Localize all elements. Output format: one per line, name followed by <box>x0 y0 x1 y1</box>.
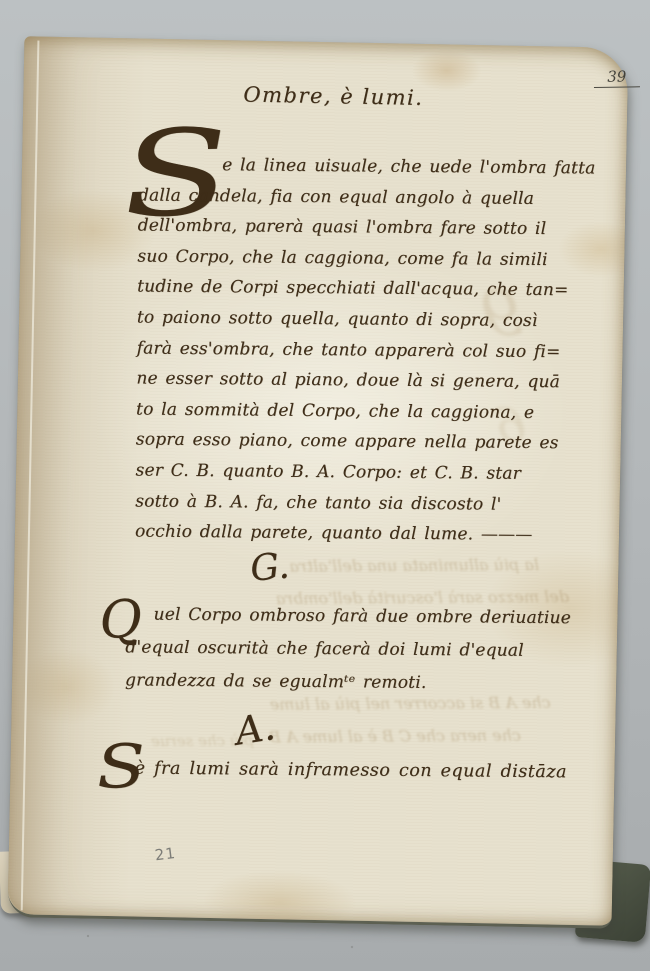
manuscript-line: d'equal oscurità che facerà doi lumi d'e… <box>125 631 605 668</box>
section-marker-a: A. <box>232 704 278 754</box>
manuscript-line: dell'ombra, parerà quasi l'ombra fare so… <box>138 211 616 246</box>
manuscript-line: to paiono sotto quella, quanto di sopra,… <box>137 302 615 337</box>
paragraph-1: e la linea uisuale, che uede l'ombra fat… <box>135 149 616 551</box>
bleedthrough-text: la più alluminata una dell'altra <box>289 555 539 576</box>
paragraph-2: uel Corpo ombroso farà due ombre deriuat… <box>125 598 606 701</box>
manuscript-line: to la sommità del Corpo, che la caggiona… <box>136 394 614 429</box>
manuscript-line: grandezza da se egualmᵗᵉ remoti. <box>125 664 605 701</box>
pencil-number: 21 <box>154 844 177 864</box>
manuscript-line: farà ess'ombra, che tanto apparerà col s… <box>136 333 614 368</box>
folio-number: 39 <box>594 67 640 88</box>
manuscript-line: occhio dalla parete, quanto dal lume. ——… <box>135 517 613 552</box>
manuscript-line: sotto à B. A. fa, che tanto sia discosto… <box>135 486 613 521</box>
manuscript-line: tudine de Corpi specchiati dall'acqua, c… <box>137 272 615 307</box>
manuscript-line: suo Corpo, che la caggiona, come fa la s… <box>137 241 615 276</box>
manuscript-line: uel Corpo ombroso farà due ombre deriuat… <box>125 598 605 635</box>
manuscript-line: è fra lumi sarà inframesso con equal dis… <box>135 754 613 788</box>
manuscript-line: ser C. B. quanto B. A. Corpo: et C. B. s… <box>135 455 613 490</box>
manuscript-line: sopra esso piano, come appare nella pare… <box>136 425 614 460</box>
section-marker-g: G. <box>249 546 291 590</box>
manuscript-line: ne esser sotto al piano, doue là si gene… <box>136 364 614 399</box>
manuscript-line: dalla candela, fia con equal angolo à qu… <box>138 180 616 215</box>
manuscript-page: la più alluminata una dell'altra del mez… <box>8 36 629 928</box>
photo-background: la più alluminata una dell'altra del mez… <box>0 0 650 971</box>
manuscript-line: e la linea uisuale, che uede l'ombra fat… <box>138 149 616 184</box>
bleedthrough-text: che nera che C B è al lume A B <box>269 726 521 747</box>
paragraph-3: è fra lumi sarà inframesso con equal dis… <box>135 754 613 788</box>
